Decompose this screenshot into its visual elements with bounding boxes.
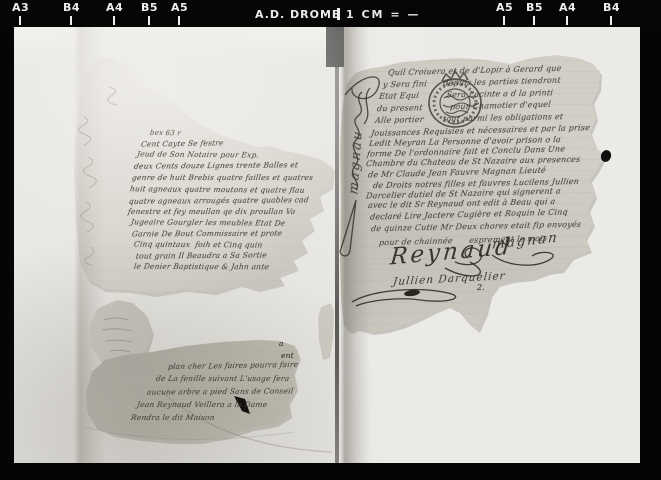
- frame-index-tick: [566, 16, 568, 25]
- page-area: magnau a ent Reynaud magnan Jullien Darq…: [14, 27, 640, 463]
- frame-index-tick: [148, 16, 150, 25]
- manuscript-line: tout grain Il Beaudra a Sa Sortie: [135, 250, 267, 260]
- frame-index-label: A3: [12, 1, 29, 14]
- manuscript-line: Jean Reynaud Veillera a la Dame: [136, 400, 268, 409]
- frame-index-tick: [70, 16, 72, 25]
- scale-label: 1 CM = —: [346, 8, 420, 21]
- microfilm-scan: A.D. DROME 1 CM = — A3B4A4B5A5A5B5A4B4: [0, 0, 661, 480]
- manuscript-line: bex 63 r: [149, 129, 181, 138]
- manuscript-line: deux Cents douze Lignes trente Balles et: [133, 160, 298, 170]
- archive-name: A.D. DROME: [255, 8, 340, 21]
- frame-index-tick: [503, 16, 505, 25]
- manuscript-line: Cinq quintaux foih et Cinq quin: [133, 240, 263, 250]
- frame-index-tick: [178, 16, 180, 25]
- frame-index-tick: [610, 16, 612, 25]
- frame-index-tick: [113, 16, 115, 25]
- manuscript-line: fenestre et fey meullan qe dix proullan …: [127, 207, 296, 216]
- frame-index-tick: [19, 16, 21, 25]
- manuscript-line: Jugeaire Gourgler les meubles Etat De: [130, 217, 286, 227]
- manuscript-line: genre de huit Brebis quatre failles et q…: [131, 173, 313, 182]
- manuscript-line: quatre agneaux arrougés quatre quables c…: [128, 195, 309, 206]
- manuscript-line: Garnie De Bout Commissaire et prote: [131, 229, 282, 239]
- frame-index-label: B5: [526, 1, 543, 14]
- frame-index-label: A4: [559, 1, 576, 14]
- manuscript-line: huit agneaux quatre moutons et quatre fl…: [129, 184, 305, 195]
- corner-word: ent: [281, 351, 294, 360]
- frame-index-label: B4: [63, 1, 80, 14]
- manuscript-line: Jeud de Son Notaire pour Exp.: [136, 149, 259, 159]
- scale-bar-icon: [337, 8, 340, 20]
- frame-index-label: B4: [603, 1, 620, 14]
- manuscript-line: de La fenille suivant L'usage fera: [155, 374, 290, 383]
- frame-index-label: A5: [496, 1, 513, 14]
- frame-index-label: A4: [106, 1, 123, 14]
- frame-index-label: A5: [171, 1, 188, 14]
- frame-index-label: B5: [141, 1, 158, 14]
- postscript-mark: 2.: [477, 283, 485, 292]
- manuscript-line: aucune arbre a pied Sans de Conseil: [146, 386, 294, 396]
- film-header: A.D. DROME 1 CM = — A3B4A4B5A5A5B5A4B4: [0, 0, 661, 27]
- manuscript-line: Cent Cayte Se festre: [140, 138, 224, 148]
- corner-word: a: [279, 339, 284, 348]
- frame-index-tick: [533, 16, 535, 25]
- manuscript-line: Rendra le dit Maison: [130, 413, 215, 422]
- manuscript-line: le Denier Baptistique & Jahn ante: [133, 262, 269, 271]
